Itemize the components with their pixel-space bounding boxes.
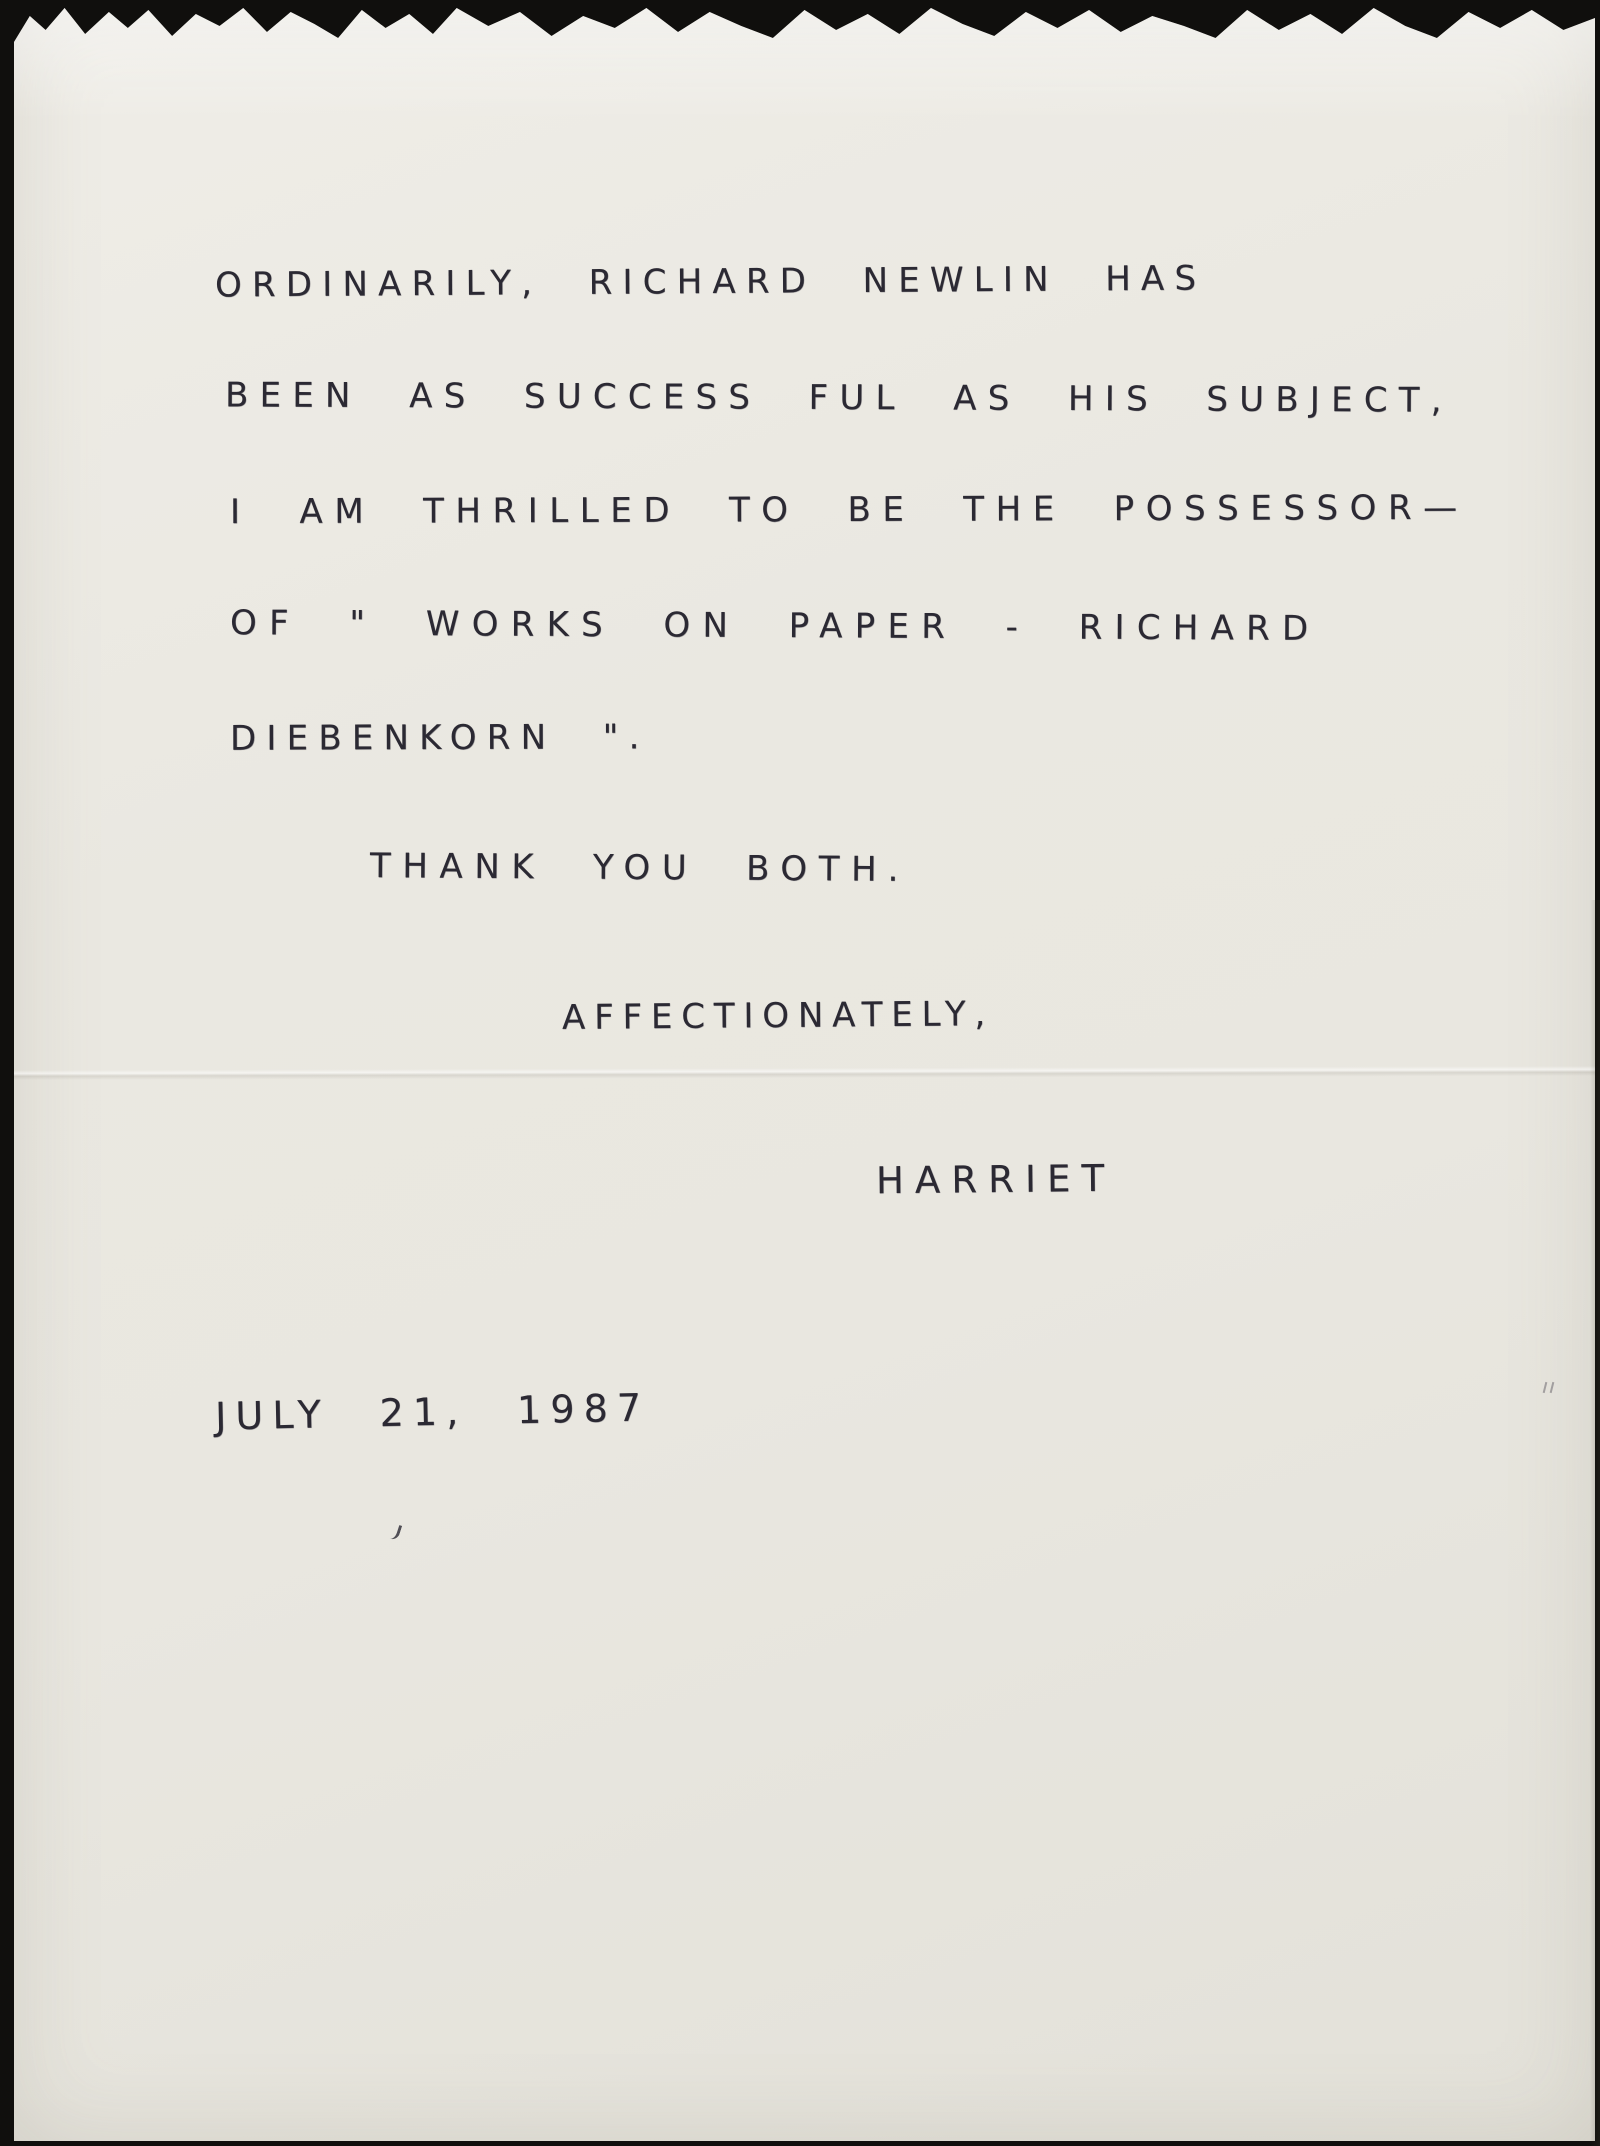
- letter-line: OF " WORKS ON PAPER - RICHARD: [230, 603, 1321, 649]
- stray-pen-mark: [388, 1523, 402, 1541]
- letter-line-thank-you: THANK YOU BOTH.: [370, 846, 910, 890]
- stray-smudge-mark: [1542, 1382, 1556, 1394]
- letter-paper: ORDINARILY, RICHARD NEWLIN HAS BEEN AS S…: [14, 0, 1595, 2141]
- letter-line: BEEN AS SUCCESS FUL AS HIS SUBJECT,: [225, 375, 1453, 420]
- scanned-letter: ORDINARILY, RICHARD NEWLIN HAS BEEN AS S…: [0, 0, 1600, 2146]
- letter-signature: HARRIET: [876, 1157, 1116, 1203]
- letter-date: JULY 21, 1987: [215, 1385, 651, 1438]
- letter-closing: AFFECTIONATELY,: [562, 994, 994, 1038]
- letter-line: ORDINARILY, RICHARD NEWLIN HAS: [215, 259, 1206, 306]
- letter-line: DIEBENKORN ".: [230, 717, 650, 758]
- torn-edge-shading: [14, 0, 1595, 120]
- fold-crease: [14, 1066, 1595, 1080]
- letter-line: I AM THRILLED TO BE THE POSSESSOR—: [230, 488, 1469, 532]
